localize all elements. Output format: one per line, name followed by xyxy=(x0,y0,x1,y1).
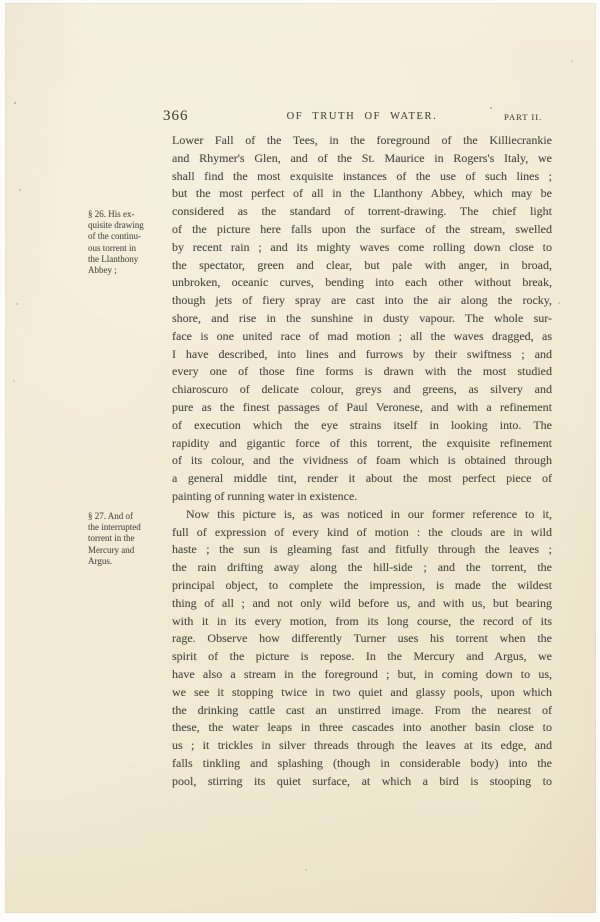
text-line: I have described, into lines and furrows… xyxy=(172,346,552,364)
margin-note-line: the Llanthony xyxy=(88,254,168,265)
text-line: us ; it trickles in silver threads throu… xyxy=(172,737,552,755)
scanned-book-page: 366 OF TRUTH OF WATER. PART II. § 26. Hi… xyxy=(0,0,600,922)
text-line: shore, and rise in the sunshine in dusty… xyxy=(172,310,552,328)
text-line: of the picture here falls upon the surfa… xyxy=(172,221,552,239)
text-line: but the most perfect of all in the Llant… xyxy=(172,185,552,203)
margin-note-26: § 26. His ex-quisite drawingof the conti… xyxy=(88,209,168,276)
text-line: and Rhymer's Glen, and of the St. Mauric… xyxy=(172,150,552,168)
paper: 366 OF TRUTH OF WATER. PART II. § 26. Hi… xyxy=(5,3,596,913)
text-line: thing of all ; and not only wild before … xyxy=(172,595,552,613)
text-line: falls tinkling and splashing (though in … xyxy=(172,755,552,773)
text-line: pool, stirring its quiet surface, at whi… xyxy=(172,773,552,791)
text-line: the drinking cattle cast an unstirred im… xyxy=(172,702,552,720)
text-line: face is one united race of mad motion ; … xyxy=(172,328,552,346)
part-label: PART II. xyxy=(504,112,542,122)
text-line: though jets of fiery spray are cast into… xyxy=(172,292,552,310)
text-line: spirit of the picture is repose. In the … xyxy=(172,648,552,666)
text-line: of its colour, and the vividness of foam… xyxy=(172,452,552,470)
text-line: considered as the standard of torrent-dr… xyxy=(172,203,552,221)
scan-specks xyxy=(5,3,7,5)
margin-note-line: § 26. His ex- xyxy=(88,209,168,220)
text-line: every one of those fine forms is drawn w… xyxy=(172,363,552,381)
text-line: shall find the most exquisite instances … xyxy=(172,168,552,186)
text-line: with it in its every motion, from its lo… xyxy=(172,613,552,631)
margin-note-line: Argus. xyxy=(88,556,168,567)
body-text: Lower Fall of the Tees, in the foregroun… xyxy=(172,132,552,790)
margin-note-line: of the continu- xyxy=(88,231,168,242)
text-line: a general middle tint, render it about t… xyxy=(172,470,552,488)
text-line: Lower Fall of the Tees, in the foregroun… xyxy=(172,132,552,150)
margin-note-line: torrent in the xyxy=(88,533,168,544)
text-line: haste ; the sun is gleaming fast and fit… xyxy=(172,541,552,559)
text-line: principal object, to complete the impres… xyxy=(172,577,552,595)
margin-note-line: quisite drawing xyxy=(88,220,168,231)
text-line: chiaroscuro of delicate colour, greys an… xyxy=(172,381,552,399)
margin-note-27: § 27. And ofthe interruptedtorrent in th… xyxy=(88,511,168,567)
text-line: full of expression of every kind of moti… xyxy=(172,524,552,542)
text-line: these, the water leaps in three cascades… xyxy=(172,719,552,737)
text-line: the rain drifting away along the hill-si… xyxy=(172,559,552,577)
margin-note-line: Mercury and xyxy=(88,545,168,556)
text-line: Now this picture is, as was noticed in o… xyxy=(172,506,552,524)
text-line: of execution which the eye strains itsel… xyxy=(172,417,552,435)
text-line: rapidity and gigantic force of this torr… xyxy=(172,435,552,453)
text-line: rage. Observe how differently Turner use… xyxy=(172,630,552,648)
text-line: painting of running water in existence. xyxy=(172,488,552,506)
margin-note-line: the interrupted xyxy=(88,522,168,533)
text-line: by recent rain ; and its mighty waves co… xyxy=(172,239,552,257)
margin-note-line: § 27. And of xyxy=(88,511,168,522)
text-line: have also a stream in the foreground ; b… xyxy=(172,666,552,684)
text-line: the spectator, green and clear, but pale… xyxy=(172,257,552,275)
text-line: we see it stopping twice in two quiet an… xyxy=(172,684,552,702)
text-line: unbroken, oceanic curves, bending into e… xyxy=(172,274,552,292)
margin-note-line: ous torrent in xyxy=(88,243,168,254)
margin-note-line: Abbey ; xyxy=(88,265,168,276)
text-line: pure as the finest passages of Paul Vero… xyxy=(172,399,552,417)
running-title: OF TRUTH OF WATER. xyxy=(172,111,552,122)
